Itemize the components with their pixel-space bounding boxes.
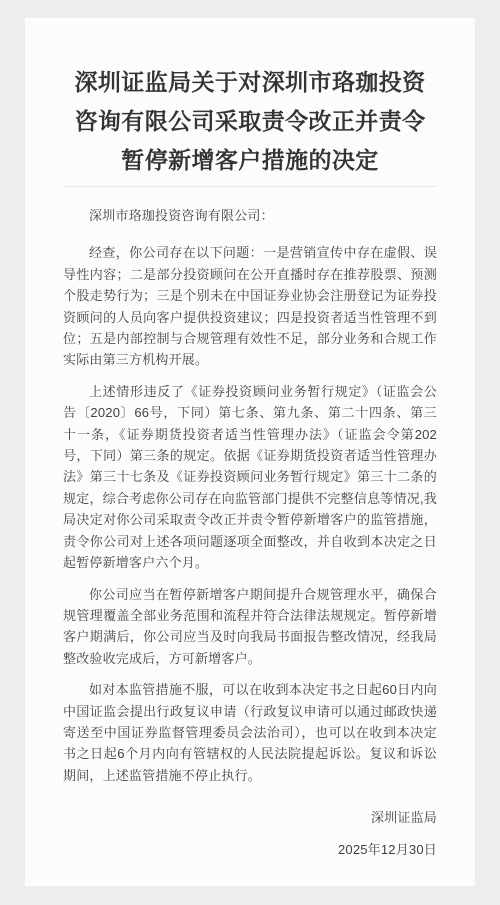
paragraph-appeal-rights: 如对本监管措施不服，可以在收到本决定书之日起60日内向中国证监会提出行政复议申请…: [63, 679, 437, 786]
paragraph-legal-basis: 上述情形违反了《证券投资顾问业务暂行规定》（证监会公告〔2020〕66号，下同）…: [63, 381, 437, 574]
paragraph-findings: 经查，你公司存在以下问题：一是营销宣传中存在虚假、误导性内容；二是部分投资顾问在…: [63, 242, 437, 370]
title-divider: [63, 186, 437, 187]
addressee-line: 深圳市珞珈投资咨询有限公司：: [63, 205, 437, 226]
document-title: 深圳证监局关于对深圳市珞珈投资咨询有限公司采取责令改正并责令暂停新增客户措施的决…: [63, 63, 437, 180]
paragraph-rectification-requirements: 你公司应当在暂停新增客户期间提升合规管理水平，确保合规管理覆盖全部业务范围和流程…: [63, 584, 437, 670]
page-background: { "colors": { "page_background": "#edede…: [0, 0, 500, 905]
issuer-signature: 深圳证监局: [63, 807, 437, 828]
document-card: 深圳证监局关于对深圳市珞珈投资咨询有限公司采取责令改正并责令暂停新增客户措施的决…: [25, 18, 475, 886]
issue-date: 2025年12月30日: [63, 839, 437, 860]
